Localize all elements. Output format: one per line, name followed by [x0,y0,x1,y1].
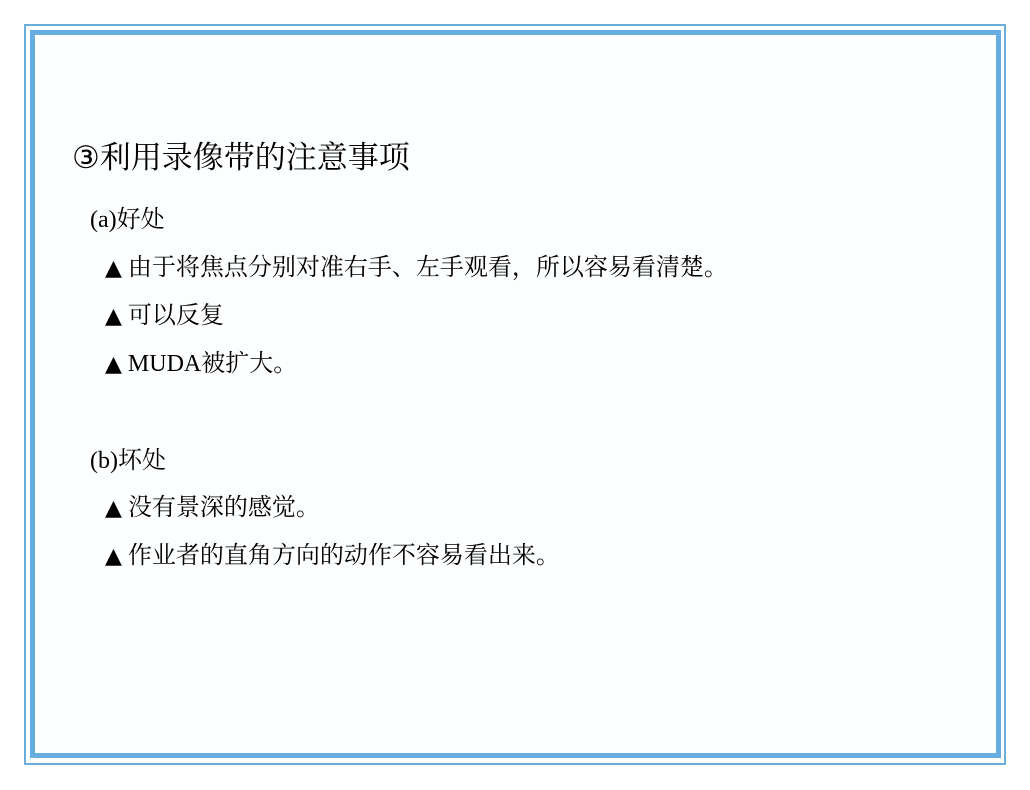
list-item: ▲没有景深的感觉。 [105,493,320,524]
triangle-bullet-icon: ▲ [105,302,122,332]
list-item: ▲由于将焦点分别对准右手、左手观看，所以容易看清楚。 [105,253,728,284]
section-heading-cons: (b)坏处 [90,446,166,476]
list-item: ▲作业者的直角方向的动作不容易看出来。 [105,541,560,572]
triangle-bullet-icon: ▲ [105,494,122,524]
list-item: ▲MUDA被扩大。 [105,349,297,380]
section-heading-pros: (a)好处 [90,205,165,235]
triangle-bullet-icon: ▲ [105,350,122,380]
triangle-bullet-icon: ▲ [105,542,122,572]
triangle-bullet-icon: ▲ [105,254,122,284]
list-item: ▲可以反复 [105,301,224,332]
slide-title: ③利用录像带的注意事项 [72,138,410,178]
